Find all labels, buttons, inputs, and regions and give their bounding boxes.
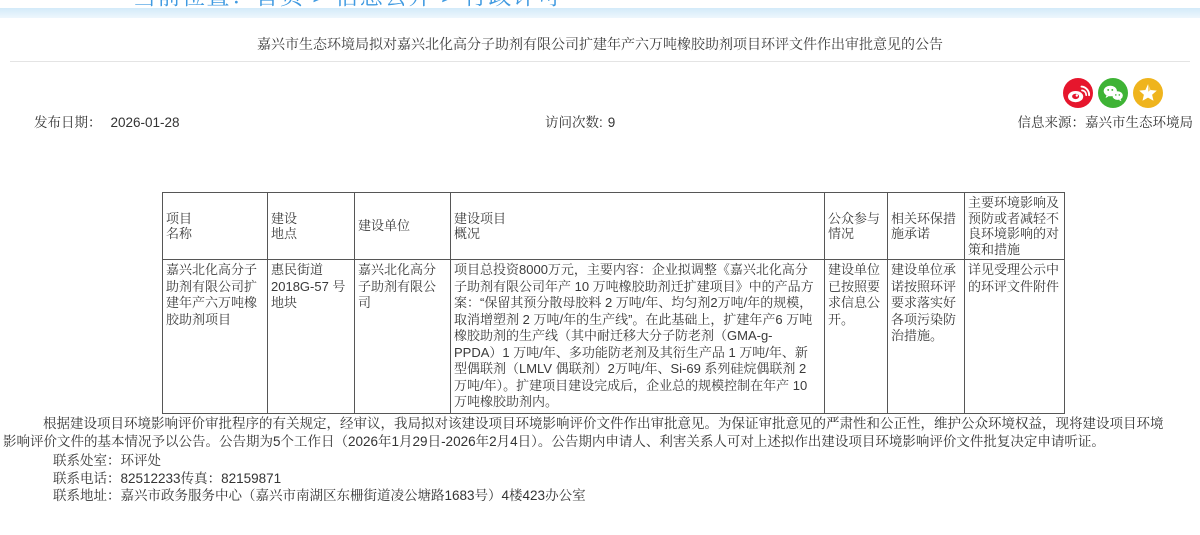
contact-address: 联系地址：嘉兴市政务服务中心（嘉兴市南湖区东栅街道凌公塘路1683号）4楼423… [53, 487, 1197, 505]
notice-section: 根据建设项目环境影响评价审批程序的有关规定，经审议，我局拟对该建设项目环境影响评… [3, 415, 1197, 505]
header-overview: 建设项目 概况 [451, 193, 825, 260]
weibo-share-icon[interactable] [1063, 78, 1093, 108]
visit-count-label: 访问次数: [545, 115, 603, 130]
page-title: 嘉兴市生态环境局拟对嘉兴北化高分子助剂有限公司扩建年产六万吨橡胶助剂项目环评文件… [0, 34, 1200, 54]
header-project-name: 项目 名称 [163, 193, 268, 260]
cell-overview: 项目总投资8000万元，主要内容：企业拟调整《嘉兴北化高分 子助剂有限公司年产 … [451, 260, 825, 414]
header-commitment: 相关环保措 施承诺 [888, 193, 965, 260]
table-row: 嘉兴北化高分子 助剂有限公司扩 建年产六万吨橡 胶助剂项目 惠民街道 2018G… [163, 260, 1065, 414]
notice-paragraph: 根据建设项目环境影响评价审批程序的有关规定，经审议，我局拟对该建设项目环境影响评… [3, 415, 1197, 450]
visit-count-value: 9 [608, 115, 616, 130]
visit-count: 访问次数:9 [545, 111, 615, 131]
publish-date-value: 2026-01-28 [111, 115, 180, 130]
info-source-value: 嘉兴市生态环境局 [1085, 115, 1193, 130]
header-builder: 建设单位 [355, 193, 451, 260]
cell-location: 惠民街道 2018G-57 号 地块 [268, 260, 355, 414]
publish-date: 发布日期：2026-01-28 [34, 111, 180, 131]
share-toolbar [1063, 78, 1163, 108]
cell-public-participation: 建设单位 已按照要 求信息公 开。 [825, 260, 888, 414]
info-source: 信息来源：嘉兴市生态环境局 [1018, 111, 1194, 131]
publish-date-label: 发布日期： [34, 115, 102, 130]
title-divider [10, 61, 1190, 62]
cell-commitment: 建设单位承 诺按照环评 要求落实好 各项污染防 治措施。 [888, 260, 965, 414]
cell-impact-measures: 详见受理公示中 的环评文件附件 [965, 260, 1065, 414]
approval-table: 项目 名称 建设 地点 建设单位 建设项目 概况 公众参与 情况 相关环保措 施… [162, 192, 1065, 414]
cell-builder: 嘉兴北化高分 子助剂有限公 司 [355, 260, 451, 414]
header-location: 建设 地点 [268, 193, 355, 260]
contact-phone: 联系电话：82512233传真：82159871 [53, 470, 1197, 488]
info-source-label: 信息来源： [1018, 115, 1086, 130]
wechat-share-icon[interactable] [1098, 78, 1128, 108]
cell-project-name: 嘉兴北化高分子 助剂有限公司扩 建年产六万吨橡 胶助剂项目 [163, 260, 268, 414]
breadcrumb[interactable]: 当前位置：首页 > 信息公开 > 行政许可 [133, 0, 562, 8]
header-public-participation: 公众参与 情况 [825, 193, 888, 260]
nav-bottom-bar [0, 8, 1200, 18]
table-header-row: 项目 名称 建设 地点 建设单位 建设项目 概况 公众参与 情况 相关环保措 施… [163, 193, 1065, 260]
favorite-star-icon[interactable] [1133, 78, 1163, 108]
contact-office: 联系处室：环评处 [53, 452, 1197, 470]
header-impact-measures: 主要环境影响及 预防或者减轻不 良环境影响的对 策和措施 [965, 193, 1065, 260]
